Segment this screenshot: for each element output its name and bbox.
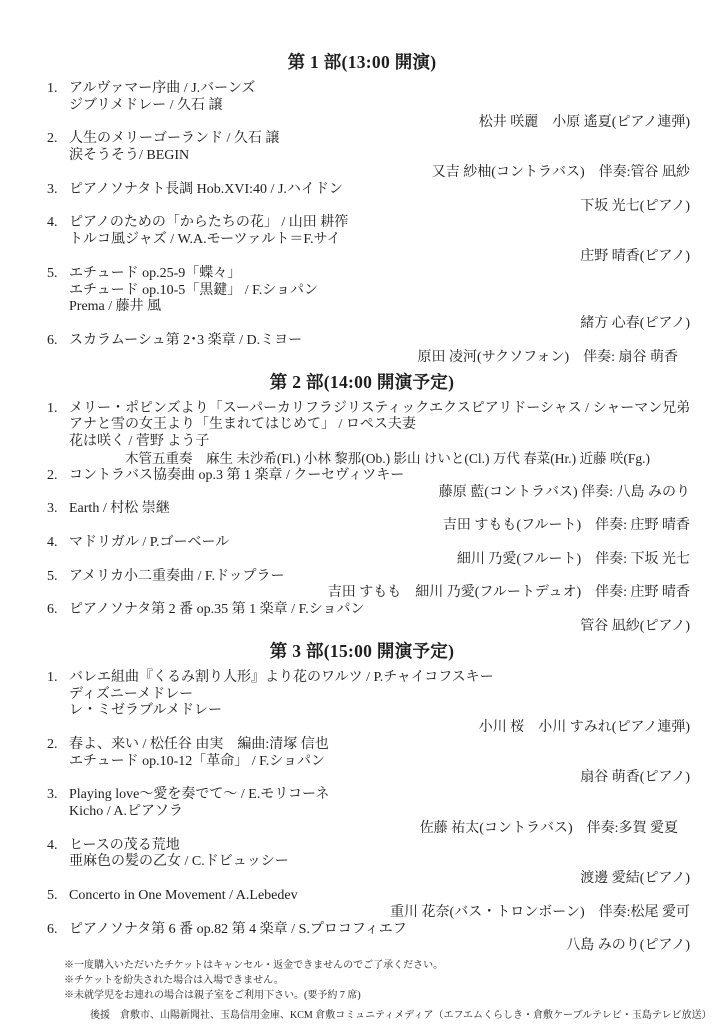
program-item-2-2: 2.コントラバス協奏曲 op.3 第 1 楽章 / クーセヴィツキー 藤原 藍(… [0, 468, 724, 502]
performer-credit: 小川 桜 小川 すみれ(ピアノ連弾) [0, 720, 724, 737]
item-number: 3. [47, 501, 69, 518]
piece-line: 4.ピアノのための「からたちの花」 / 山田 耕筰 [0, 215, 724, 232]
piece-line: 1.メリー・ポピンズより「スーパーカリフラジリスティックエクスピアリドーシャス … [0, 401, 724, 418]
program-item-1-2: 2.人生のメリーゴーランド / 久石 譲 涙そうそう/ BEGIN 又吉 紗柚(… [0, 131, 724, 181]
piece-title: トルコ風ジャズ / W.A.モーツァルト＝F.サイ [69, 232, 341, 247]
piece-line: 花は咲く / 菅野 よう子 [0, 434, 724, 451]
performer-credit: 下坂 光七(ピアノ) [0, 199, 724, 216]
performer-credit: 原田 凌河(サクソフォン) 伴奏: 扇谷 萌香 [0, 350, 724, 367]
piece-line: 2.春よ、来い / 松任谷 由実 編曲:清塚 信也 [0, 737, 724, 754]
performer-credit: 又吉 紗柚(コントラバス) 伴奏:管谷 凪紗 [0, 165, 724, 182]
program-item-1-3: 3.ピアノソナタト長調 Hob.XVI:40 / J.ハイドン 下坂 光七(ピア… [0, 182, 724, 216]
piece-line: ディズニーメドレー [0, 687, 724, 704]
piece-line: アナと雪の女王より「生まれてはじめて」 / ロペス夫妻 [0, 417, 724, 434]
piece-line: 亜麻色の髪の乙女 / C.ドビュッシー [0, 854, 724, 871]
program-item-2-6: 6.ピアノソナタ第 2 番 op.35 第 1 楽章 / F.ショパン 管谷 凪… [0, 602, 724, 636]
piece-line: エチュード op.10-12「革命」 / F.ショパン [0, 754, 724, 771]
piece-title: エチュード op.10-12「革命」 / F.ショパン [69, 754, 325, 769]
piece-line: 5.エチュード op.25-9「蝶々」 [0, 266, 724, 283]
piece-title: ヒースの茂る荒地 [69, 838, 180, 853]
part-1-heading: 第 1 部(13:00 開演) [0, 50, 724, 75]
concert-program-page: 第 1 部(13:00 開演) 1.アルヴァマー序曲 / J.バーンズ ジブリメ… [0, 0, 724, 1024]
piece-title: コントラバス協奏曲 op.3 第 1 楽章 / クーセヴィツキー [69, 468, 404, 483]
program-item-1-5: 5.エチュード op.25-9「蝶々」 エチュード op.10-5「黒鍵」 / … [0, 266, 724, 333]
piece-title: 春よ、来い / 松任谷 由実 編曲:清塚 信也 [69, 737, 329, 752]
part-3-heading: 第 3 部(15:00 開演予定) [0, 639, 724, 664]
piece-line: 2.コントラバス協奏曲 op.3 第 1 楽章 / クーセヴィツキー [0, 468, 724, 485]
performer-credit: 藤原 藍(コントラバス) 伴奏: 八島 みのり [0, 485, 724, 502]
piece-title: Kicho / A.ピアソラ [69, 804, 183, 819]
piece-title: ピアノのための「からたちの花」 / 山田 耕筰 [69, 215, 348, 230]
piece-title: 人生のメリーゴーランド / 久石 譲 [69, 131, 279, 146]
piece-line: 3.Earth / 村松 崇継 [0, 501, 724, 518]
ensemble-credit: 木管五重奏 麻生 未沙希(Fl.) 小林 黎那(Ob.) 影山 けいと(Cl.)… [0, 451, 724, 468]
program-item-3-5: 5.Concerto in One Movement / A.Lebedev 重… [0, 888, 724, 922]
performer-credit: 吉田 すもも(フルート) 伴奏: 庄野 晴香 [0, 518, 724, 535]
performer-credit: 吉田 すもも 細川 乃愛(フルートデュオ) 伴奏: 庄野 晴香 [0, 585, 724, 602]
piece-line: 2.人生のメリーゴーランド / 久石 譲 [0, 131, 724, 148]
performer-credit: 佐藤 祐太(コントラバス) 伴奏:多賀 愛夏 [0, 821, 724, 838]
piece-line: エチュード op.10-5「黒鍵」 / F.ショパン [0, 283, 724, 300]
performer-credit: 緒方 心春(ピアノ) [0, 316, 724, 333]
item-number: 1. [47, 81, 69, 98]
part-2-heading: 第 2 部(14:00 開演予定) [0, 370, 724, 395]
item-number: 2. [47, 468, 69, 485]
piece-title: エチュード op.10-5「黒鍵」 / F.ショパン [69, 283, 318, 298]
ticket-notes: ※一度購入いただいたチケットはキャンセル・返金できませんのでご了承ください。 ※… [0, 958, 724, 1003]
piece-title: Concerto in One Movement / A.Lebedev [69, 888, 298, 903]
program-item-2-1: 1.メリー・ポピンズより「スーパーカリフラジリスティックエクスピアリドーシャス … [0, 401, 724, 468]
piece-title: ピアノソナタト長調 Hob.XVI:40 / J.ハイドン [69, 182, 343, 197]
piece-line: レ・ミゼラブルメドレー [0, 703, 724, 720]
piece-line: 4.ヒースの茂る荒地 [0, 838, 724, 855]
piece-line: トルコ風ジャズ / W.A.モーツァルト＝F.サイ [0, 232, 724, 249]
item-number: 3. [47, 182, 69, 199]
piece-line: 4.マドリガル / P.ゴーベール [0, 535, 724, 552]
ticket-note: ※一度購入いただいたチケットはキャンセル・返金できませんのでご了承ください。 [64, 958, 724, 973]
piece-title: アルヴァマー序曲 / J.バーンズ [69, 81, 255, 96]
performer-credit: 重川 花奈(バス・トロンボーン) 伴奏:松尾 愛可 [0, 905, 724, 922]
piece-line: Prema / 藤井 風 [0, 299, 724, 316]
item-number: 1. [47, 670, 69, 687]
item-number: 5. [47, 266, 69, 283]
item-number: 4. [47, 838, 69, 855]
piece-title: Earth / 村松 崇継 [69, 501, 170, 516]
piece-title: ピアノソナタ第 2 番 op.35 第 1 楽章 / F.ショパン [69, 602, 364, 617]
piece-title: レ・ミゼラブルメドレー [69, 703, 222, 718]
item-number: 2. [47, 737, 69, 754]
item-number: 4. [47, 215, 69, 232]
piece-title: メリー・ポピンズより「スーパーカリフラジリスティックエクスピアリドーシャス / … [69, 401, 690, 416]
program-item-2-4: 4.マドリガル / P.ゴーベール 細川 乃愛(フルート) 伴奏: 下坂 光七 [0, 535, 724, 569]
piece-line: 3.Playing love～愛を奏でて～ / E.モリコーネ [0, 787, 724, 804]
program-item-3-4: 4.ヒースの茂る荒地 亜麻色の髪の乙女 / C.ドビュッシー 渡邊 愛結(ピアノ… [0, 838, 724, 888]
item-number: 6. [47, 602, 69, 619]
piece-line: 6.スカラムーシュ第 2･3 楽章 / D.ミヨー [0, 333, 724, 350]
performer-credit: 管谷 凪紗(ピアノ) [0, 619, 724, 636]
performer-credit: 扇谷 萌香(ピアノ) [0, 770, 724, 787]
piece-line: 3.ピアノソナタト長調 Hob.XVI:40 / J.ハイドン [0, 182, 724, 199]
piece-title: Prema / 藤井 風 [69, 299, 161, 314]
program-item-2-3: 3.Earth / 村松 崇継 吉田 すもも(フルート) 伴奏: 庄野 晴香 [0, 501, 724, 535]
program-item-3-2: 2.春よ、来い / 松任谷 由実 編曲:清塚 信也 エチュード op.10-12… [0, 737, 724, 787]
piece-line: Kicho / A.ピアソラ [0, 804, 724, 821]
sponsor-line: 後援 倉敷市、山陽新聞社、玉島信用金庫、KCM 倉敷コミュニティメディア（エフエ… [0, 1008, 724, 1023]
piece-line: ジブリメドレー / 久石 譲 [0, 98, 724, 115]
piece-title: ピアノソナタ第 6 番 op.82 第 4 楽章 / S.プロコフィエフ [69, 922, 407, 937]
item-number: 6. [47, 333, 69, 350]
item-number: 6. [47, 922, 69, 939]
ticket-note: ※チケットを紛失された場合は入場できません。 [64, 973, 724, 988]
ticket-note: ※未就学児をお連れの場合は親子室をご利用下さい。(要予約 7 席) [64, 988, 724, 1003]
piece-title: マドリガル / P.ゴーベール [69, 535, 229, 550]
piece-line: 5.アメリカ小二重奏曲 / F.ドップラー [0, 569, 724, 586]
item-number: 5. [47, 569, 69, 586]
piece-line: 1.バレエ組曲『くるみ割り人形』より花のワルツ / P.チャイコフスキー [0, 670, 724, 687]
program-item-3-6: 6.ピアノソナタ第 6 番 op.82 第 4 楽章 / S.プロコフィエフ 八… [0, 922, 724, 956]
program-item-3-3: 3.Playing love～愛を奏でて～ / E.モリコーネ Kicho / … [0, 787, 724, 837]
piece-line: 涙そうそう/ BEGIN [0, 148, 724, 165]
piece-title: Playing love～愛を奏でて～ / E.モリコーネ [69, 787, 329, 802]
program-item-1-4: 4.ピアノのための「からたちの花」 / 山田 耕筰 トルコ風ジャズ / W.A.… [0, 215, 724, 265]
piece-title: 涙そうそう/ BEGIN [69, 148, 189, 163]
program-part-2: 第 2 部(14:00 開演予定) 1.メリー・ポピンズより「スーパーカリフラジ… [0, 370, 724, 636]
piece-title: アメリカ小二重奏曲 / F.ドップラー [69, 569, 285, 584]
piece-title: ジブリメドレー / 久石 譲 [69, 98, 223, 113]
piece-line: 1.アルヴァマー序曲 / J.バーンズ [0, 81, 724, 98]
item-number: 3. [47, 787, 69, 804]
program-part-3: 第 3 部(15:00 開演予定) 1.バレエ組曲『くるみ割り人形』より花のワル… [0, 639, 724, 956]
program-part-1: 第 1 部(13:00 開演) 1.アルヴァマー序曲 / J.バーンズ ジブリメ… [0, 50, 724, 367]
piece-title: スカラムーシュ第 2･3 楽章 / D.ミヨー [69, 333, 302, 348]
piece-title: アナと雪の女王より「生まれてはじめて」 / ロペス夫妻 [69, 417, 416, 432]
piece-title: 亜麻色の髪の乙女 / C.ドビュッシー [69, 854, 289, 869]
piece-line: 6.ピアノソナタ第 6 番 op.82 第 4 楽章 / S.プロコフィエフ [0, 922, 724, 939]
performer-credit: 細川 乃愛(フルート) 伴奏: 下坂 光七 [0, 552, 724, 569]
item-number: 1. [47, 401, 69, 418]
performer-credit: 松井 咲麗 小原 遙夏(ピアノ連弾) [0, 115, 724, 132]
item-number: 5. [47, 888, 69, 905]
program-item-2-5: 5.アメリカ小二重奏曲 / F.ドップラー 吉田 すもも 細川 乃愛(フルートデ… [0, 569, 724, 603]
piece-title: 花は咲く / 菅野 よう子 [69, 434, 209, 449]
program-item-1-1: 1.アルヴァマー序曲 / J.バーンズ ジブリメドレー / 久石 譲 松井 咲麗… [0, 81, 724, 131]
item-number: 2. [47, 131, 69, 148]
program-item-3-1: 1.バレエ組曲『くるみ割り人形』より花のワルツ / P.チャイコフスキー ディズ… [0, 670, 724, 737]
piece-title: ディズニーメドレー [69, 687, 193, 702]
piece-title: エチュード op.25-9「蝶々」 [69, 266, 241, 281]
performer-credit: 渡邊 愛結(ピアノ) [0, 871, 724, 888]
performer-credit: 庄野 晴香(ピアノ) [0, 249, 724, 266]
piece-line: 6.ピアノソナタ第 2 番 op.35 第 1 楽章 / F.ショパン [0, 602, 724, 619]
piece-line: 5.Concerto in One Movement / A.Lebedev [0, 888, 724, 905]
item-number: 4. [47, 535, 69, 552]
performer-credit: 八島 みのり(ピアノ) [0, 938, 724, 955]
program-item-1-6: 6.スカラムーシュ第 2･3 楽章 / D.ミヨー 原田 凌河(サクソフォン) … [0, 333, 724, 367]
piece-title: バレエ組曲『くるみ割り人形』より花のワルツ / P.チャイコフスキー [69, 670, 494, 685]
